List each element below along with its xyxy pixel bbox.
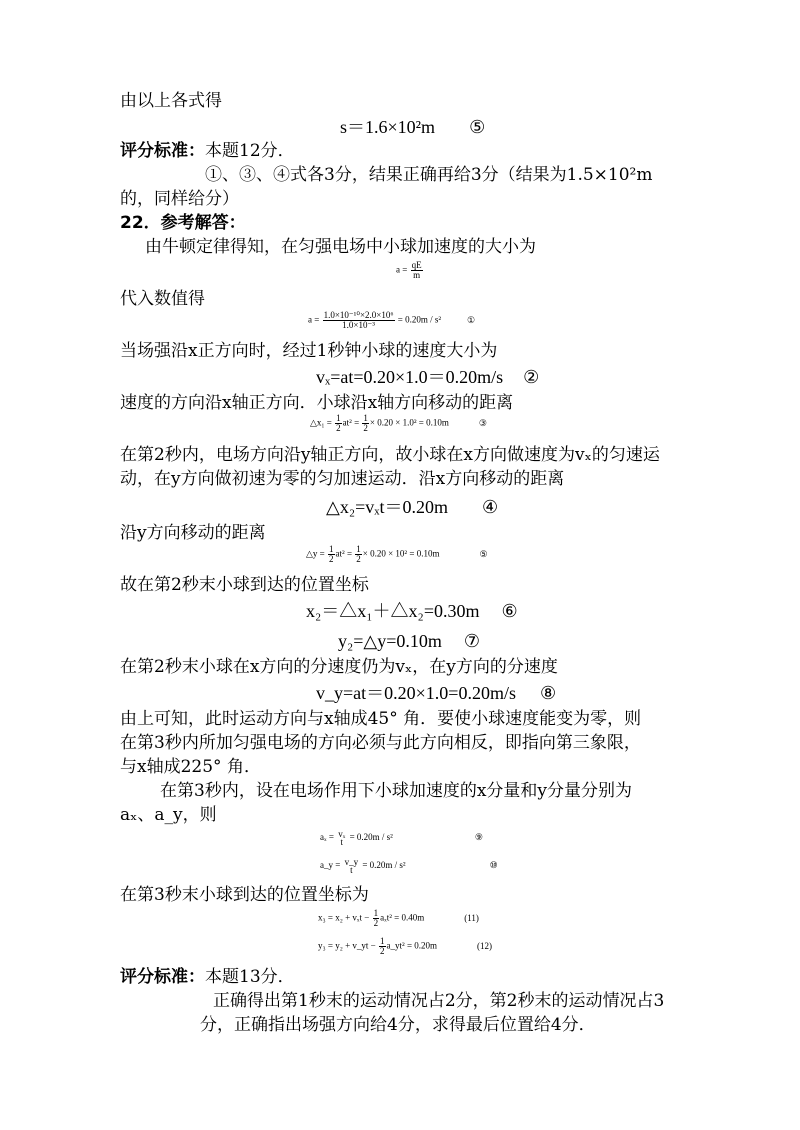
text-line: 故在第2秒末小球到达的位置坐标 bbox=[120, 574, 369, 596]
equation-5: s＝1.6×10²m⑤ bbox=[340, 116, 485, 138]
text-line: 由上可知，此时运动方向与x轴成45° 角．要使小球速度能变为零，则 bbox=[120, 708, 641, 730]
scoring-detail-1b: 的，同样给分） bbox=[120, 188, 239, 210]
equation-6: x₂＝△x₁＋△x₂=0.30m⑥ bbox=[306, 600, 518, 622]
text-line: aₓ、a_y，则 bbox=[120, 804, 217, 826]
scoring-detail-2b: 分，正确指出场强方向给4分，求得最后位置给4分． bbox=[200, 1014, 596, 1036]
text-line: 沿y方向移动的距离 bbox=[120, 522, 266, 544]
formula-a-qE-m: a = qEm bbox=[396, 261, 424, 280]
text-line: 动，在y方向做初速为零的匀加速运动．沿x方向移动的距离 bbox=[120, 468, 564, 490]
formula-11: x₃ = x₂ + vₓt − 12aₓt² = 0.40m(11) bbox=[318, 909, 479, 928]
formula-5: △y = 12at² = 12× 0.20 × 10² = 0.10m⑤ bbox=[306, 545, 488, 564]
scoring-header-1: 评分标准：本题12分． bbox=[120, 140, 295, 162]
text-line: 在第2秒内，电场方向沿y轴正方向，故小球在x方向做速度为vₓ的匀速运 bbox=[120, 444, 660, 466]
equation-8: v_y=at＝0.20×1.0=0.20m/s⑧ bbox=[316, 682, 556, 704]
formula-1: a = 1.0×10⁻¹⁰×2.0×10⁶1.0×10⁻³ = 0.20m / … bbox=[308, 311, 475, 330]
text-line: 由牛顿定律得知，在匀强电场中小球加速度的大小为 bbox=[145, 236, 536, 258]
scoring-header-2: 评分标准：本题13分． bbox=[120, 966, 295, 988]
scoring-detail-1a: ①、③、④式各3分，结果正确再给3分（结果为1.5×10²m bbox=[205, 164, 652, 186]
text-line: 在第3秒末小球到达的位置坐标为 bbox=[120, 884, 369, 906]
text-line: 与x轴成225° 角． bbox=[120, 756, 261, 778]
text-line: 在第3秒内所加匀强电场的方向必须与此方向相反，即指向第三象限， bbox=[120, 732, 641, 754]
formula-9: aₓ = vₓt = 0.20m / s²⑨ bbox=[320, 830, 483, 846]
equation-2: vₓ=at=0.20×1.0＝0.20m/s② bbox=[316, 366, 539, 388]
equation-4: △x₂=vₓt＝0.20m④ bbox=[326, 496, 498, 518]
formula-10: a_y = v_yt = 0.20m / s²⑩ bbox=[320, 858, 498, 874]
text-line: 在第3秒内，设在电场作用下小球加速度的x分量和y分量分别为 bbox=[160, 780, 632, 802]
question-22-heading: 22．参考解答： bbox=[120, 212, 246, 234]
formula-12: y₃ = y₂ + v_yt − 12a_yt² = 0.20m(12) bbox=[318, 937, 492, 956]
text-line: 在第2秒末小球在x方向的分速度仍为vₓ，在y方向的分速度 bbox=[120, 656, 558, 678]
text-line: 当场强沿x正方向时，经过1秒钟小球的速度大小为 bbox=[120, 340, 497, 362]
formula-3: △x₁ = 12at² = 12× 0.20 × 1.0² = 0.10m③ bbox=[310, 414, 487, 433]
scoring-detail-2a: 正确得出第1秒末的运动情况占2分，第2秒末的运动情况占3 bbox=[213, 990, 664, 1012]
text-line: 速度的方向沿x轴正方向．小球沿x轴方向移动的距离 bbox=[120, 392, 513, 414]
text-line: 由以上各式得 bbox=[120, 90, 222, 112]
text-line: 代入数值得 bbox=[120, 288, 205, 310]
equation-7: y₂=△y=0.10m⑦ bbox=[338, 630, 480, 652]
